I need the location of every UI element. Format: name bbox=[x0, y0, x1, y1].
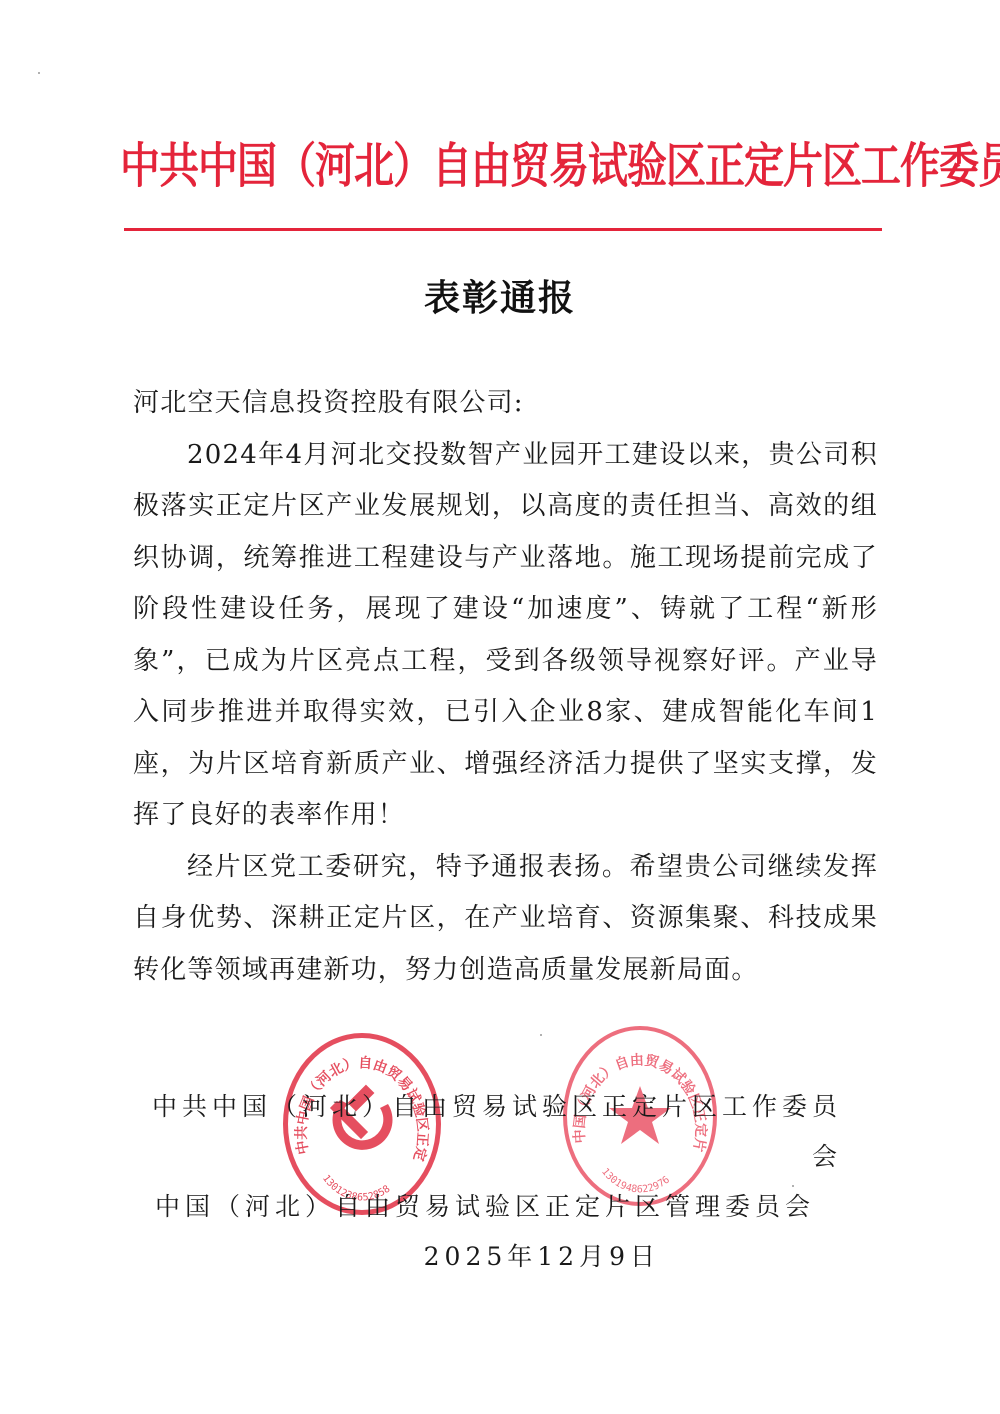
salutation: 河北空天信息投资控股有限公司: bbox=[133, 378, 878, 430]
issue-date: 2025年12月9日 bbox=[150, 1232, 890, 1282]
signing-issuer-1: 中共中国（河北）自由贸易试验区正定片区工作委员会 bbox=[150, 1082, 890, 1182]
signing-issuer-2: 中国（河北）自由贸易试验区正定片区管理委员会 bbox=[150, 1182, 890, 1232]
body-paragraph-2: 经片区党工委研究，特予通报表扬。希望贵公司继续发挥自身优势、深耕正定片区，在产业… bbox=[133, 842, 878, 997]
document-title: 表彰通报 bbox=[0, 270, 1000, 321]
signature-block: 中共中国（河北）自由贸易试验区正定片区工作委员会 中国（河北）自由贸易试验区正定… bbox=[150, 1082, 890, 1282]
body-paragraph-1: 2024年4月河北交投数智产业园开工建设以来，贵公司积极落实正定片区产业发展规划… bbox=[133, 430, 878, 842]
letterhead-divider bbox=[124, 228, 882, 231]
scan-speck bbox=[38, 72, 40, 74]
scan-speck bbox=[540, 1034, 542, 1036]
issuer-letterhead-title: 中共中国（河北）自由贸易试验区正定片区工作委员会 bbox=[120, 128, 880, 196]
scan-speck bbox=[792, 1185, 794, 1187]
document-body: 河北空天信息投资控股有限公司: 2024年4月河北交投数智产业园开工建设以来，贵… bbox=[133, 378, 878, 996]
